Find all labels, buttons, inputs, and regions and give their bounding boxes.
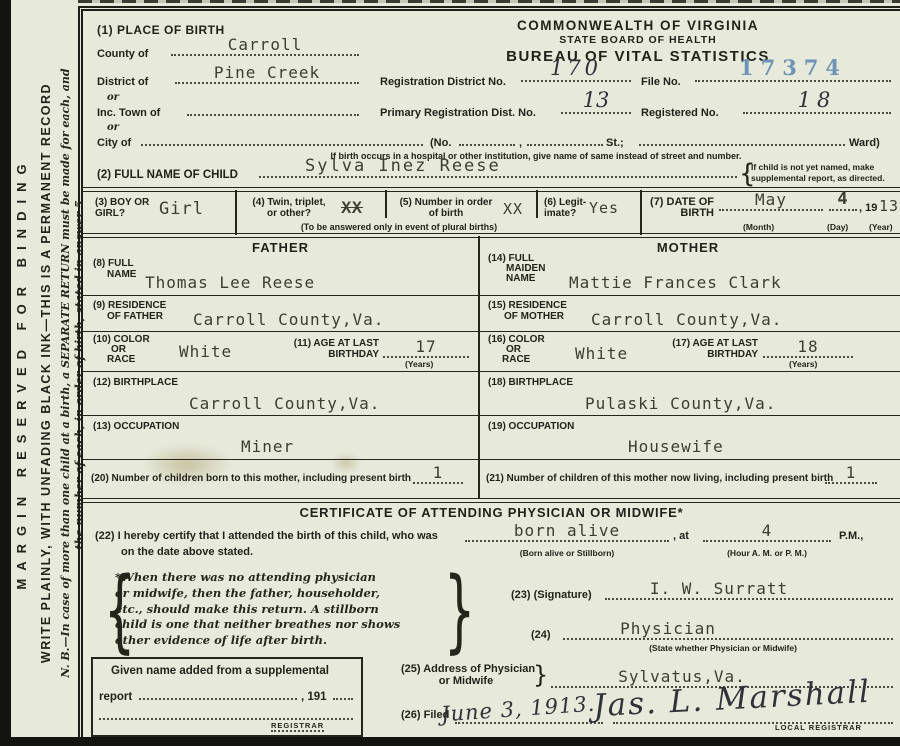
file-no-field: 17374 xyxy=(695,63,891,82)
header-state-board: STATE BOARD OF HEALTH xyxy=(438,34,838,46)
role-value: Physician xyxy=(443,619,893,638)
physician-note-line2: or midwife, then the father, householder… xyxy=(115,586,435,602)
mother-name-label: (14) FULLMAIDENNAME xyxy=(488,254,545,284)
reg-district-label: Registration District No. xyxy=(380,76,506,88)
dob-day-field: 4 xyxy=(829,192,857,211)
mother-color-label: (16) COLORORRACE xyxy=(488,335,545,365)
father-age-label: (11) AGE AT LASTBIRTHDAY xyxy=(291,338,379,360)
city-field xyxy=(141,127,423,146)
registered-no-label: Registered No. xyxy=(641,107,719,119)
sex-value: Girl xyxy=(159,199,204,219)
unnamed-note-line2: supplemental report, as directed. xyxy=(751,173,900,184)
mother-birthplace-label: (18) BIRTHPLACE xyxy=(488,377,573,388)
twin-value: XX xyxy=(341,198,362,217)
father-header: FATHER xyxy=(83,240,478,255)
dob-day-value: 4 xyxy=(829,189,857,209)
hour-value: 4 xyxy=(703,521,831,540)
scanned-birth-certificate: { "margin": { "binding": "MARGIN RESERVE… xyxy=(0,0,900,746)
reg-district-field: 170 xyxy=(521,63,631,82)
certify-statement-1: (22) I hereby certify that I attended th… xyxy=(95,530,438,542)
registered-no-field: 18 xyxy=(743,95,891,114)
twin-label: (4) Twin, triplet,or other? xyxy=(243,197,335,219)
given-name-box: Given name added from a supplemental rep… xyxy=(91,657,363,737)
or-label-2: or xyxy=(107,122,119,133)
file-no-label: File No. xyxy=(641,76,681,88)
ward-field xyxy=(639,127,845,146)
unnamed-note-line1: If child is not yet named, make xyxy=(751,162,900,173)
hour-caption: (Hour A. M. or P. M.) xyxy=(701,548,833,558)
mother-age-field: 18 xyxy=(763,339,853,358)
birth-certificate-form: (1) PLACE OF BIRTH County of Carroll COM… xyxy=(78,6,900,737)
dob-year-prefix: , 19 xyxy=(859,202,877,214)
dob-year-value: 13 xyxy=(879,197,899,215)
given-name-line1: Given name added from a supplemental xyxy=(111,665,329,677)
street-no-field xyxy=(459,127,515,146)
born-alive-value: born alive xyxy=(465,521,669,540)
dob-month-value: May xyxy=(719,190,823,209)
mother-residence-value: Carroll County,Va. xyxy=(591,310,782,329)
physician-note-line1: *When there was no attending physician xyxy=(115,570,435,586)
scan-edge-bottom xyxy=(0,737,900,746)
legitimate-label: (6) Legit-imate? xyxy=(544,197,586,219)
registrar-caption: REGISTRAR xyxy=(271,721,324,732)
physician-note-line4: child is one that neither breathes nor s… xyxy=(115,617,435,633)
children-born-label: (20) Number of children born to this mot… xyxy=(91,473,411,484)
mother-header: MOTHER xyxy=(478,240,898,255)
street-label: St.; xyxy=(606,137,624,149)
city-label: City of xyxy=(97,137,131,149)
mother-occupation-value: Housewife xyxy=(628,437,724,456)
mother-color-value: White xyxy=(575,344,628,363)
children-born-field: 1 xyxy=(413,465,463,484)
mother-age-label: (17) AGE AT LASTBIRTHDAY xyxy=(668,338,758,360)
local-registrar-caption: LOCAL REGISTRAR xyxy=(775,723,862,732)
inc-town-field xyxy=(187,97,359,116)
margin-nb-note-line1: N. B.—In case of more than one child at … xyxy=(59,12,72,734)
father-occupation-value: Miner xyxy=(241,437,294,456)
father-name-value: Thomas Lee Reese xyxy=(145,273,315,292)
father-birthplace-label: (12) BIRTHPLACE xyxy=(93,377,178,388)
margin-binding-note: MARGIN RESERVED FOR BINDING xyxy=(14,12,29,734)
dob-month-caption: (Month) xyxy=(743,222,774,232)
dob-month-field: May xyxy=(719,192,823,211)
physician-note-line5: other evidence of life after birth. xyxy=(115,633,435,649)
born-alive-caption: (Born alive or Stillborn) xyxy=(481,548,653,558)
father-color-value: White xyxy=(179,342,232,361)
dob-label: (7) DATE OFBIRTH xyxy=(650,197,714,219)
children-living-field: 1 xyxy=(825,465,877,484)
or-label-1: or xyxy=(107,92,119,103)
father-residence-label: (9) RESIDENCEOF FATHER xyxy=(93,300,166,322)
born-alive-field: born alive xyxy=(465,523,669,542)
father-age-field: 17 xyxy=(383,339,469,358)
unnamed-note: If child is not yet named, make suppleme… xyxy=(751,162,900,184)
note-brace-right: } xyxy=(444,571,475,651)
header-commonwealth: COMMONWEALTH OF VIRGINIA xyxy=(438,18,838,33)
mother-occupation-label: (19) OCCUPATION xyxy=(488,421,574,432)
mother-name-value: Mattie Frances Clark xyxy=(569,273,782,292)
role-field: Physician xyxy=(563,621,893,640)
father-color-label: (10) COLORORRACE xyxy=(93,335,150,365)
father-age-years-caption: (Years) xyxy=(405,359,433,369)
role-caption: (State whether Physician or Midwife) xyxy=(593,643,853,653)
ward-label: Ward) xyxy=(849,137,880,149)
district-field: Pine Creek xyxy=(175,65,359,84)
certify-statement-2: on the date above stated. xyxy=(121,546,253,558)
order-label: (5) Number in orderof birth xyxy=(393,197,499,219)
county-label: County of xyxy=(97,48,148,60)
county-field: Carroll xyxy=(171,37,359,56)
plural-births-note: (To be answered only in event of plural … xyxy=(248,222,550,232)
physician-note-line3: etc., should make this return. A stillbo… xyxy=(115,602,435,618)
sex-label: (3) BOY ORGIRL? xyxy=(95,197,149,219)
children-living-value: 1 xyxy=(825,463,877,482)
scan-edge-left xyxy=(0,0,11,746)
mother-age-years-caption: (Years) xyxy=(789,359,817,369)
father-occupation-label: (13) OCCUPATION xyxy=(93,421,179,432)
scan-edge-top xyxy=(78,0,900,3)
file-no-value: 17374 xyxy=(695,55,891,80)
child-name-label: (2) FULL NAME OF CHILD xyxy=(97,169,238,181)
inc-town-label: Inc. Town of xyxy=(97,107,160,119)
street-no-label: (No. xyxy=(430,137,451,149)
county-value: Carroll xyxy=(171,35,359,54)
primary-dist-label: Primary Registration Dist. No. xyxy=(380,107,536,119)
registrar-sign-line xyxy=(99,701,353,720)
father-birthplace-value: Carroll County,Va. xyxy=(189,394,380,413)
signature-value: I. W. Surratt xyxy=(545,579,893,598)
signature-field: I. W. Surratt xyxy=(605,581,893,600)
registered-no-value: 18 xyxy=(743,88,891,112)
father-name-label: (8) FULLNAME xyxy=(93,258,136,280)
given-name-year-field xyxy=(333,681,353,700)
mother-residence-label: (15) RESIDENCEOF MOTHER xyxy=(488,300,567,322)
margin-write-plainly-note: WRITE PLAINLY, WITH UNFADING BLACK INK—T… xyxy=(39,12,53,734)
children-born-value: 1 xyxy=(413,463,463,482)
reg-district-value: 170 xyxy=(521,56,631,80)
dob-day-caption: (Day) xyxy=(827,222,848,232)
father-residence-value: Carroll County,Va. xyxy=(193,310,384,329)
dob-year-caption: (Year) xyxy=(869,222,893,232)
certificate-title: CERTIFICATE OF ATTENDING PHYSICIAN OR MI… xyxy=(83,505,900,520)
physician-note: *When there was no attending physician o… xyxy=(115,570,435,649)
children-living-label: (21) Number of children of this mother n… xyxy=(486,473,833,484)
primary-dist-value: 13 xyxy=(561,88,631,112)
legitimate-value: Yes xyxy=(589,199,619,217)
hour-field: 4 xyxy=(703,523,831,542)
given-name-report-field xyxy=(139,681,297,700)
street-name-field xyxy=(527,127,603,146)
order-value: XX xyxy=(503,200,523,218)
father-age-value: 17 xyxy=(383,337,469,356)
child-name-value: Sylva Inez Reese xyxy=(305,156,501,176)
mother-birthplace-value: Pulaski County,Va. xyxy=(585,394,776,413)
primary-dist-field: 13 xyxy=(561,95,631,114)
district-label: District of xyxy=(97,76,148,88)
pm-label: P.M., xyxy=(839,530,863,542)
street-no-comma: , xyxy=(519,137,522,149)
child-name-field: Sylva Inez Reese xyxy=(259,159,737,178)
district-value: Pine Creek xyxy=(175,63,359,82)
paper-stain-small xyxy=(331,453,361,473)
at-label: , at xyxy=(673,530,689,542)
mother-age-value: 18 xyxy=(763,337,853,356)
